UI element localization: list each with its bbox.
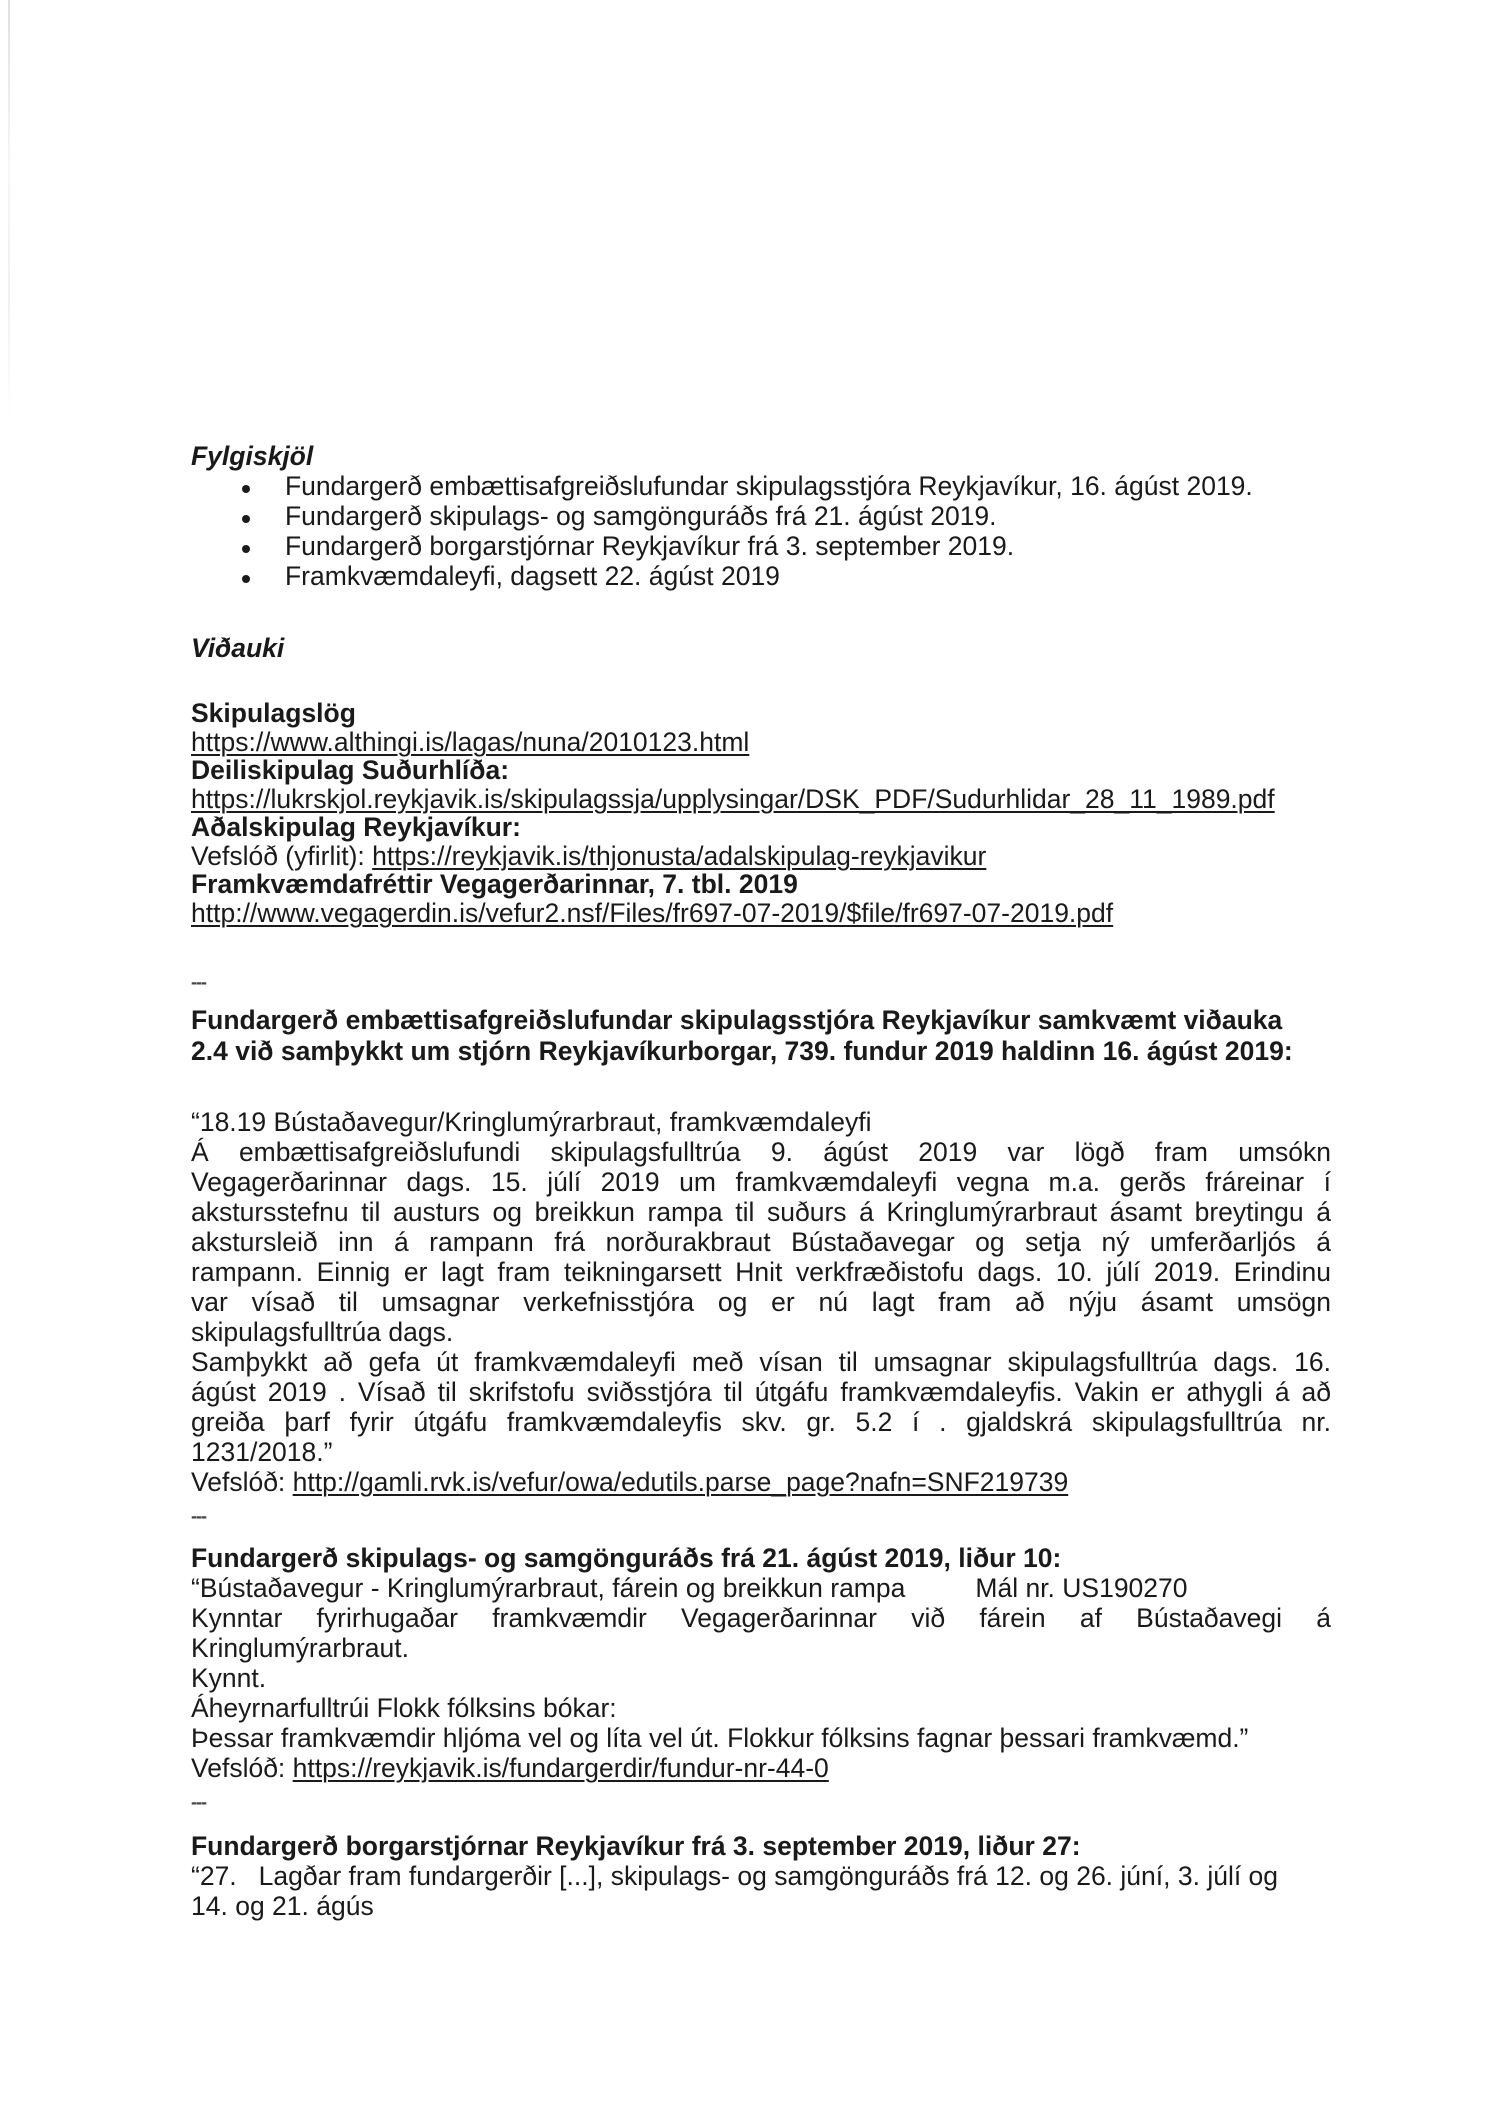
bullet-icon [242, 515, 250, 523]
section3-body-line: 14. og 21. ágús [191, 1890, 374, 1922]
section1-link-row: Vefslóð: http://gamli.rvk.is/vefur/owa/e… [191, 1466, 1068, 1498]
section2-link-row: Vefslóð: https://reykjavik.is/fundargerd… [191, 1752, 829, 1784]
section1-body-line: akstursstefnu til austurs og breikkun ra… [191, 1196, 1331, 1228]
bullet-icon [242, 485, 250, 493]
section2-body-line: Áheyrnarfulltrúi Flokk fólksins bókar: [191, 1692, 617, 1724]
section1-body-line: Á embættisafgreiðslufundi skipulagsfullt… [191, 1136, 1331, 1168]
section2-body-line: Þessar framkvæmdir hljóma vel og líta ve… [191, 1722, 1248, 1754]
case-number: Mál nr. US190270 [975, 1573, 1187, 1603]
section2-body-line: Kringlumýrarbraut. [191, 1632, 409, 1664]
ref-title: Skipulagslög [191, 697, 356, 729]
section1-body-line: Samþykkt að gefa út framkvæmdaleyfi með … [191, 1346, 1331, 1378]
section3-body-line: Lagðar fram fundargerðir [...], skipulag… [259, 1861, 1278, 1891]
separator: --- [191, 1500, 206, 1532]
section2-body-line: Kynntar fyrirhugaðar framkvæmdir Vegager… [191, 1602, 1331, 1634]
attachment-item: Fundargerð skipulags- og samgönguráðs fr… [285, 500, 997, 532]
ref-link[interactable]: http://www.vegagerdin.is/vefur2.nsf/File… [191, 898, 1113, 928]
section1-body-line: 1231/2018.” [191, 1436, 332, 1468]
attachment-item: Framkvæmdaleyfi, dagsett 22. ágúst 2019 [285, 560, 780, 592]
bullet-icon [242, 545, 250, 553]
separator: --- [191, 966, 206, 998]
ref-link-prefix: Vefslóð (yfirlit): [191, 841, 372, 871]
case-title: “Bústaðavegur - Kringlumýrarbraut, fárei… [191, 1573, 905, 1603]
section1-heading-line: Fundargerð embættisafgreiðslufundar skip… [191, 1004, 1282, 1036]
attachments-heading: Fylgiskjöl [191, 440, 313, 472]
attachment-item: Fundargerð borgarstjórnar Reykjavíkur fr… [285, 530, 1014, 562]
section1-body-line: greiða þarf fyrir útgáfu framkvæmdaleyfi… [191, 1406, 1331, 1438]
separator: --- [191, 1786, 206, 1818]
ref-link[interactable]: https://reykjavik.is/thjonusta/adalskipu… [372, 841, 986, 871]
section1-body-line: var vísað til umsagnar verkefnisstjóra o… [191, 1286, 1331, 1318]
link-prefix: Vefslóð: [191, 1753, 293, 1783]
section1-body-line: ágúst 2019 . Vísað til skrifstofu sviðss… [191, 1376, 1331, 1408]
ref-title: Aðalskipulag Reykjavíkur: [191, 811, 521, 843]
section1-body-line: akstursleið inn á rampann frá norðurakbr… [191, 1226, 1331, 1258]
bullet-icon [242, 575, 250, 583]
link-prefix: Vefslóð: [191, 1467, 293, 1497]
section2-body-line: Kynnt. [191, 1662, 266, 1694]
section2-link[interactable]: https://reykjavik.is/fundargerdir/fundur… [293, 1753, 829, 1783]
ref-title: Framkvæmdafréttir Vegagerðarinnar, 7. tb… [191, 868, 798, 900]
item-number: “27. [191, 1861, 237, 1891]
section1-body-line: “18.19 Bústaðavegur/Kringlumýrarbraut, f… [191, 1106, 871, 1138]
section1-body-line: rampann. Einnig er lagt fram teikningars… [191, 1256, 1331, 1288]
ref-link[interactable]: https://www.althingi.is/lagas/nuna/20101… [191, 727, 749, 757]
section2-heading: Fundargerð skipulags- og samgönguráðs fr… [191, 1542, 1061, 1574]
section1-heading-line: 2.4 við samþykkt um stjórn Reykjavíkurbo… [191, 1035, 1293, 1067]
ref-title: Deiliskipulag Suðurhlíða: [191, 754, 509, 786]
scan-edge-artifact [8, 0, 10, 420]
section3-heading: Fundargerð borgarstjórnar Reykjavíkur fr… [191, 1830, 1081, 1862]
section3-body-row: “27.Lagðar fram fundargerðir [...], skip… [191, 1860, 1278, 1892]
attachment-item: Fundargerð embættisafgreiðslufundar skip… [285, 470, 1253, 502]
section1-body-line: Vegagerðarinnar dags. 15. júlí 2019 um f… [191, 1166, 1331, 1198]
section1-link[interactable]: http://gamli.rvk.is/vefur/owa/edutils.pa… [293, 1467, 1069, 1497]
section1-body-line: skipulagsfulltrúa dags. [191, 1316, 453, 1348]
appendix-heading: Viðauki [191, 632, 284, 664]
ref-link[interactable]: https://lukrskjol.reykjavik.is/skipulags… [191, 784, 1275, 814]
section2-case-row: “Bústaðavegur - Kringlumýrarbraut, fárei… [191, 1572, 1188, 1604]
document-page: Fylgiskjöl Fundargerð embættisafgreiðslu… [0, 0, 1500, 2121]
ref-link-row: http://www.vegagerdin.is/vefur2.nsf/File… [191, 897, 1113, 929]
